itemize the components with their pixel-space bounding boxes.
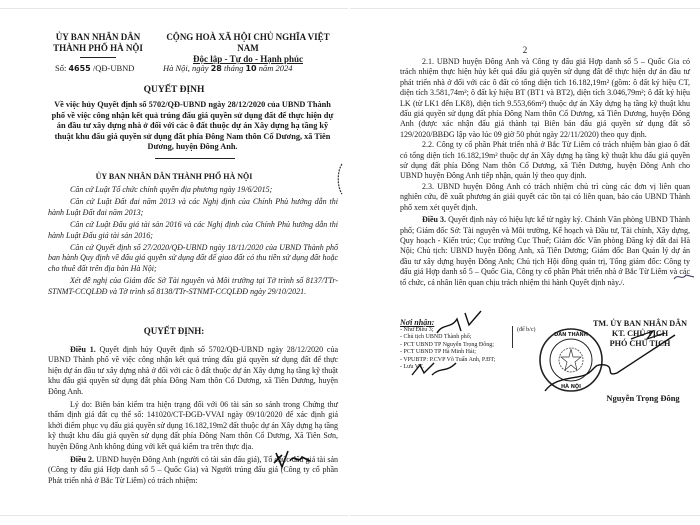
initials-signature-icon <box>272 449 312 471</box>
legal-bases: Căn cứ Luật Tổ chức chính quyền địa phươ… <box>48 185 338 297</box>
date-day: 28 <box>211 64 222 73</box>
issuing-authority: ỦY BAN NHÂN DÂN THÀNH PHỐ HÀ NỘI <box>0 172 348 181</box>
article-1: Điều 1. Quyết định hủy Quyết định số 570… <box>48 345 338 397</box>
margin-initials-icon <box>672 271 696 283</box>
doc-number-prefix: Số: <box>55 63 66 73</box>
article-3-text: Quyết định này có hiệu lực kể từ ngày ký… <box>400 215 690 286</box>
clause-2-3: 2.3. UBND huyện Đông Anh có trách nhiệm … <box>400 182 690 213</box>
legal-basis-2: Căn cứ Luật Đất đai năm 2013 và các Nghị… <box>48 197 338 218</box>
document-page-2: 2 2.1. UBND huyện Đông Anh và Công ty đấ… <box>350 8 700 516</box>
date-place: Hà Nội, ngày <box>163 63 209 73</box>
document-page-1: ỦY BAN NHÂN DÂN THÀNH PHỐ HÀ NỘI CỘNG HO… <box>0 8 348 516</box>
clause-2-2: 2.2. Công ty cổ phần Phát triển nhà ở Bắ… <box>400 140 690 182</box>
recipients-note: (để b/c) <box>517 327 536 333</box>
initials-signature-icon <box>435 309 485 337</box>
signer-name: Nguyễn Trọng Đông <box>588 393 698 403</box>
subject-divider <box>155 158 235 159</box>
doc-number-value: 4655 <box>68 64 90 73</box>
legal-basis-1: Căn cứ Luật Tổ chức chính quyền địa phươ… <box>48 185 338 195</box>
legal-basis-3: Căn cứ Luật Đấu giá tài sản 2016 và các … <box>48 220 338 241</box>
date-month: 10 <box>245 64 256 73</box>
document-date: Hà Nội, ngày 28 tháng 10 năm 2024 <box>163 63 293 73</box>
document-number: Số: 4655 /QĐ-UBND <box>55 63 134 73</box>
date-year: năm 2024 <box>259 63 293 73</box>
recipient-item: - PCT UBND TP Nguyễn Trọng Đông; <box>400 342 530 350</box>
recipients-note-bracket <box>512 326 513 348</box>
national-header: CỘNG HOÀ XÃ HỘI CHỦ NGHĨA VIỆT NAM Độc l… <box>158 32 338 65</box>
decision-heading: QUYẾT ĐỊNH: <box>0 326 348 336</box>
article-2-clauses: 2.1. UBND huyện Đông Anh và Công ty đấu … <box>400 57 690 288</box>
article-2-label: Điều 2. <box>70 455 94 464</box>
issuer-header: ỦY BAN NHÂN DÂN THÀNH PHỐ HÀ NỘI <box>48 32 148 58</box>
recipient-item: - PCT UBND TP Hà Minh Hải; <box>400 349 530 357</box>
doc-number-suffix: /QĐ-UBND <box>93 63 135 73</box>
article-3: Điều 3. Quyết định này có hiệu lực kể từ… <box>400 215 690 288</box>
legal-basis-4: Căn cứ Quyết định số 27/2020/QĐ-UBND ngà… <box>48 243 338 274</box>
margin-mark-icon <box>336 163 346 195</box>
issuer-line-2: THÀNH PHỐ HÀ NỘI <box>48 43 148 54</box>
issuer-underline <box>80 57 116 58</box>
document-subject: Về việc hủy Quyết định số 5702/QĐ-UBND n… <box>50 100 335 153</box>
initials-signature-icon <box>410 359 460 379</box>
document-title: QUYẾT ĐỊNH <box>0 85 348 95</box>
issuer-line-1: ỦY BAN NHÂN DÂN <box>48 32 148 43</box>
date-month-label: tháng <box>224 63 243 73</box>
nation-title: CỘNG HOÀ XÃ HỘI CHỦ NGHĨA VIỆT NAM <box>158 32 338 54</box>
article-1-label: Điều 1. <box>70 345 96 354</box>
legal-basis-5: Xét đề nghị của Giám đốc Sở Tài nguyên v… <box>48 276 338 297</box>
signature-icon <box>535 327 685 397</box>
page-number: 2 <box>350 45 700 55</box>
article-1-reason: Lý do: Biên bản kiểm tra hiện trạng đối … <box>48 400 338 452</box>
article-3-label: Điều 3. <box>422 215 446 224</box>
clause-2-1: 2.1. UBND huyện Đông Anh và Công ty đấu … <box>400 57 690 140</box>
